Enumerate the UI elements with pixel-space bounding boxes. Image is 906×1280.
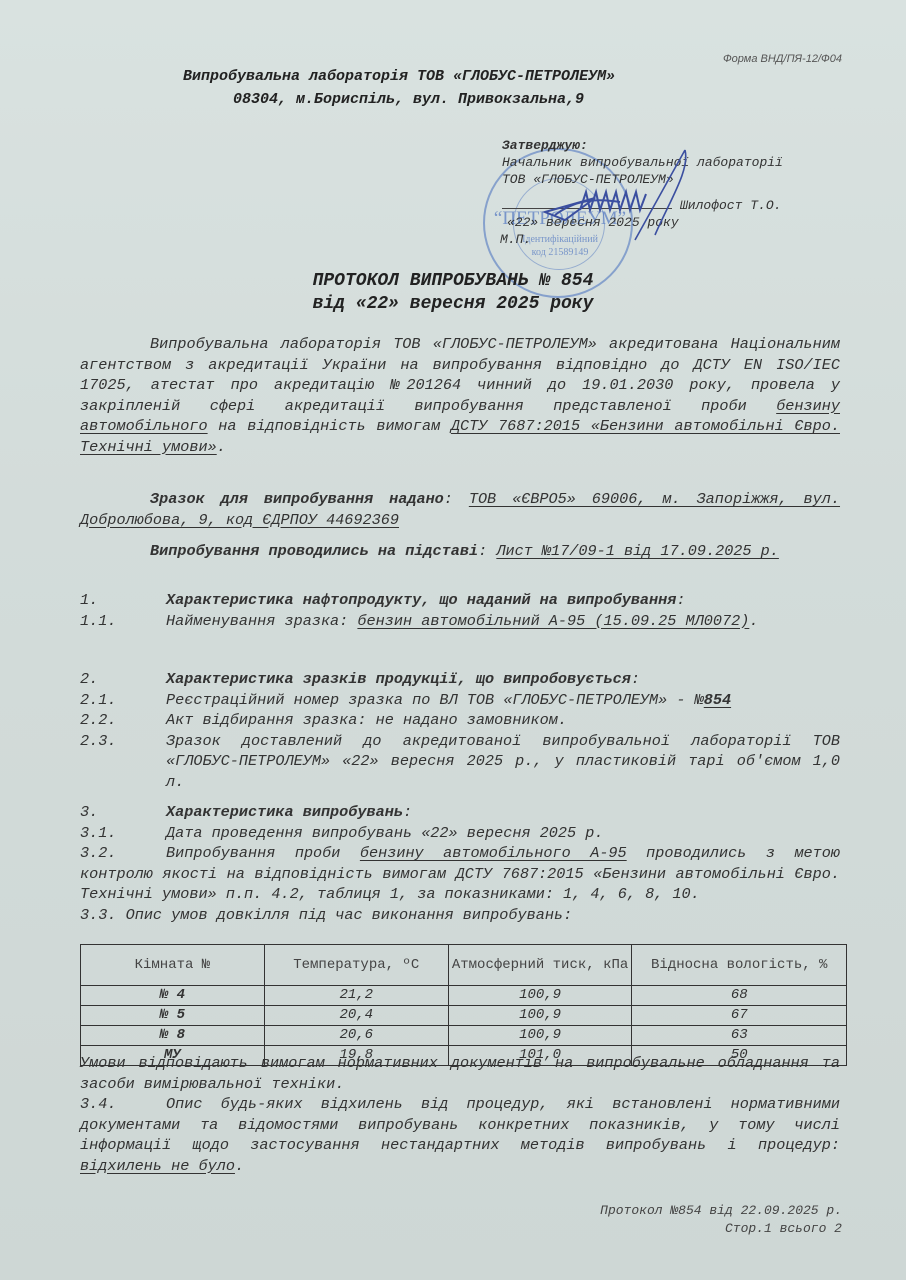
conditions-note: Умови відповідають вимогам нормативних д… [80,1053,840,1094]
table-row: № 421,2100,968 [81,986,847,1006]
table-row: № 520,4100,967 [81,1006,847,1026]
test-basis: Випробування проводились на підставі: Ли… [80,541,840,562]
footer-protocol-ref: Протокол №854 від 22.09.2025 р. [600,1202,842,1220]
footer-page-info: Стор.1 всього 2 [600,1220,842,1238]
table-header-row: Кімната № Температура, ºС Атмосферний ти… [81,945,847,986]
page-footer: Протокол №854 від 22.09.2025 р. Стор.1 в… [600,1202,842,1238]
section-1: 1.Характеристика нафтопродукту, що надан… [80,590,840,631]
item-2-2: 2.2.Акт відбирання зразка: не надано зам… [80,710,840,731]
section-2-title: Характеристика зразків продукції, що вип… [166,670,631,688]
col-humidity: Відносна вологість, % [632,945,847,986]
section-3-title: Характеристика випробувань [166,803,403,821]
protocol-title: ПРОТОКОЛ ВИПРОБУВАНЬ № 854 [0,271,906,291]
item-2-1: 2.1.Реєстраційний номер зразка по ВЛ ТОВ… [80,690,840,711]
section-2: 2.Характеристика зразків продукції, що в… [80,669,840,792]
item-3-3: 3.3. Опис умов довкілля під час виконанн… [80,905,840,926]
form-code: Форма ВНД/ПЯ-12/Ф04 [723,53,842,65]
item-3-4: 3.4.Опис будь-яких відхилень від процеду… [80,1094,840,1176]
deviations-value: відхилень не було [80,1157,235,1175]
col-room: Кімната № [81,945,265,986]
col-pressure: Атмосферний тиск, кПа [448,945,632,986]
item-2-3: 2.3.Зразок доставлений до акредитованої … [80,731,840,793]
section-3: 3.Характеристика випробувань: 3.1.Дата п… [80,802,840,925]
intro-paragraph: Випробувальна лабораторія ТОВ «ГЛОБУС-ПЕ… [80,334,840,457]
protocol-date: від «22» вересня 2025 року [0,294,906,314]
signature-icon [535,140,705,250]
item-3-1: 3.1.Дата проведення випробувань «22» вер… [80,823,840,844]
table-row: № 820,6100,963 [81,1026,847,1046]
environment-conditions-table: Кімната № Температура, ºС Атмосферний ти… [80,944,847,1066]
item-1-1: 1.1.Найменування зразка: бензин автомобі… [80,611,840,632]
col-temperature: Температура, ºС [264,945,448,986]
lab-name: Випробувальна лабораторія ТОВ «ГЛОБУС-ПЕ… [183,68,615,85]
lab-address: 08304, м.Бориспіль, вул. Привокзальна,9 [233,91,584,108]
sample-provider: Зразок для випробування надано: ТОВ «ЄВР… [80,489,840,530]
protocol-page: Форма ВНД/ПЯ-12/Ф04 Випробувальна лабора… [0,0,906,1280]
section-1-title: Характеристика нафтопродукту, що наданий… [166,591,676,609]
test-basis-value: Лист №17/09-1 від 17.09.2025 р. [496,542,779,560]
item-3-2: 3.2.Випробування проби бензину автомобіл… [80,843,840,905]
